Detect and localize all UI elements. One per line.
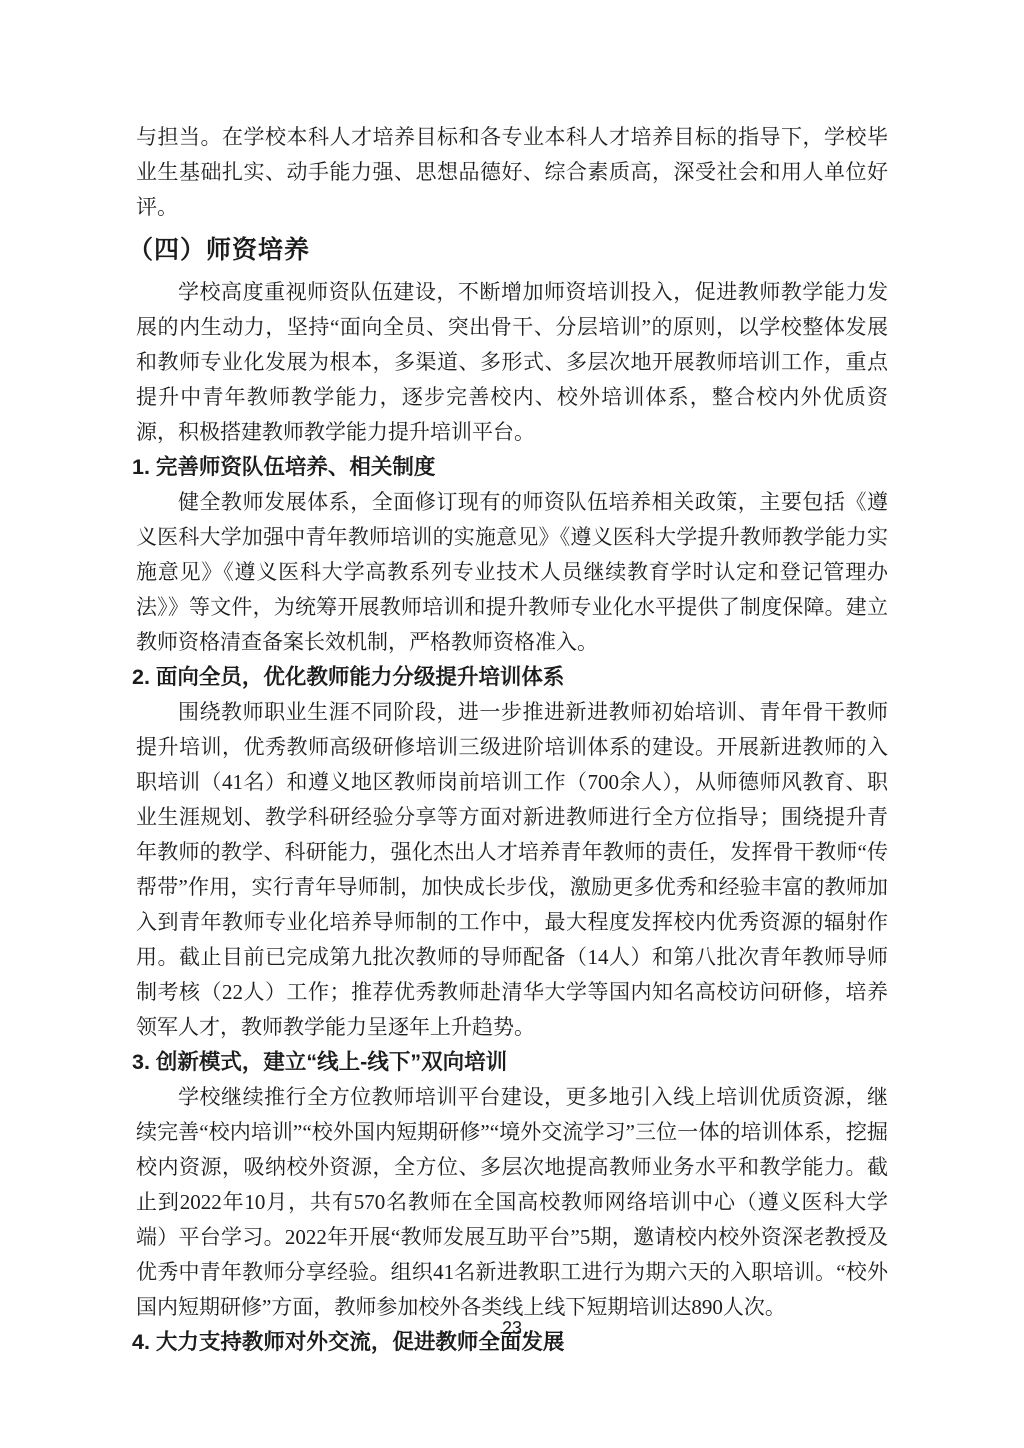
page-content: 与担当。在学校本科人才培养目标和各专业本科人才培养目标的指导下，学校毕业生基础扎… (136, 120, 888, 1360)
subsection-2-heading: 2. 面向全员，优化教师能力分级提升培训体系 (132, 660, 888, 695)
document-page: 与担当。在学校本科人才培养目标和各专业本科人才培养目标的指导下，学校毕业生基础扎… (0, 0, 1024, 1448)
subsection-3-paragraph: 学校继续推行全方位教师培训平台建设，更多地引入线上培训优质资源，继续完善“校内培… (136, 1080, 888, 1325)
paragraph-section-intro: 学校高度重视师资队伍建设，不断增加师资培训投入，促进教师教学能力发展的内生动力，… (136, 275, 888, 450)
paragraph-continuation: 与担当。在学校本科人才培养目标和各专业本科人才培养目标的指导下，学校毕业生基础扎… (136, 120, 888, 225)
subsection-1-paragraph: 健全教师发展体系，全面修订现有的师资队伍培养相关政策，主要包括《遵义医科大学加强… (136, 485, 888, 660)
subsection-2-paragraph: 围绕教师职业生涯不同阶段，进一步推进新进教师初始培训、青年骨干教师提升培训，优秀… (136, 695, 888, 1045)
page-number: 23 (0, 1318, 1024, 1339)
subsection-1-heading: 1. 完善师资队伍培养、相关制度 (132, 450, 888, 485)
subsection-3-heading: 3. 创新模式，建立“线上-线下”双向培训 (132, 1045, 888, 1080)
section-heading: （四）师资培养 (128, 225, 888, 275)
